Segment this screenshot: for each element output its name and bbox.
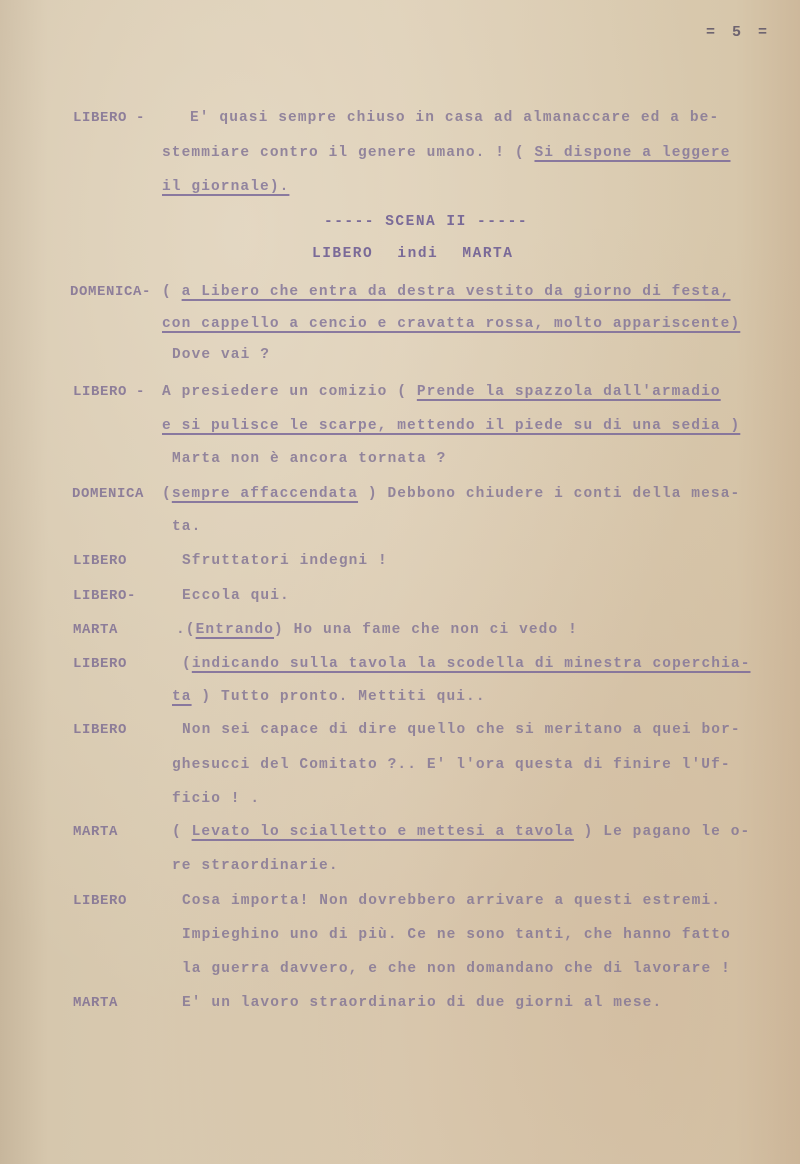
dialogue-text: la guerra davvero, e che non domandano c… [182, 961, 731, 977]
dialogue-text: E' quasi sempre chiuso in casa ad almana… [190, 110, 719, 126]
dialogue-line: (sempre affaccendata ) Debbono chiudere … [162, 486, 740, 502]
dialogue-line: E' un lavoro straordinario di due giorni… [182, 995, 662, 1011]
dialogue-text: ( [162, 284, 182, 300]
stage-direction: e si pulisce le scarpe, mettendo il pied… [162, 418, 740, 434]
dialogue-line: ( Levato lo scialletto e mettesi a tavol… [172, 824, 750, 840]
stage-direction: con cappello a cencio e cravatta rossa, … [162, 316, 740, 332]
speaker-label: LIBERO - [73, 384, 145, 400]
dialogue-text: ) Tutto pronto. Mettiti qui.. [192, 689, 486, 705]
dialogue-text: ) Le pagano le o- [574, 824, 750, 840]
dialogue-text: ficio ! . [172, 791, 260, 807]
dialogue-line: A presiedere un comizio ( Prende la spaz… [162, 384, 721, 400]
dialogue-text: Marta non è ancora tornata ? [172, 451, 446, 467]
dialogue-text: .( [176, 622, 196, 638]
dialogue-line: con cappello a cencio e cravatta rossa, … [162, 316, 740, 332]
dialogue-line: ghesucci del Comitato ?.. E' l'ora quest… [172, 757, 731, 773]
dialogue-line: .(Entrando) Ho una fame che non ci vedo … [176, 622, 578, 638]
stage-direction: indicando sulla tavola la scodella di mi… [192, 656, 751, 672]
stage-direction: sempre affaccendata [172, 486, 358, 502]
dialogue-line: ( a Libero che entra da destra vestito d… [162, 284, 731, 300]
stage-direction: Si dispone a leggere [534, 145, 730, 161]
dialogue-text: ) Ho una fame che non ci vedo ! [274, 622, 578, 638]
dialogue-line: ficio ! . [172, 791, 260, 807]
dialogue-text: ( [182, 656, 192, 672]
stage-direction: Levato lo scialletto e mettesi a tavola [192, 824, 574, 840]
speaker-label: LIBERO - [73, 110, 145, 126]
dialogue-line: la guerra davvero, e che non domandano c… [182, 961, 731, 977]
speaker-label: MARTA [73, 622, 118, 638]
speaker-label: DOMENICA [72, 486, 144, 502]
dialogue-line: Eccola qui. [182, 588, 290, 604]
dialogue-text: ) Debbono chiudere i conti della mesa- [358, 486, 740, 502]
dialogue-line: Marta non è ancora tornata ? [172, 451, 446, 467]
stage-direction: ta [172, 689, 192, 705]
dialogue-text: stemmiare contro il genere umano. ! ( [162, 145, 534, 161]
dialogue-line: Dove vai ? [172, 347, 270, 363]
dialogue-line: (indicando sulla tavola la scodella di m… [182, 656, 751, 672]
dialogue-text: A presiedere un comizio ( [162, 384, 417, 400]
dialogue-line: ta. [172, 519, 201, 535]
dialogue-line: Impieghino uno di più. Ce ne sono tanti,… [182, 927, 731, 943]
speaker-label: MARTA [73, 995, 118, 1011]
dialogue-text: re straordinarie. [172, 858, 339, 874]
dialogue-line: il giornale). [162, 179, 289, 195]
dialogue-line: Cosa importa! Non dovrebbero arrivare a … [182, 893, 721, 909]
speaker-label: LIBERO [73, 553, 127, 569]
dialogue-text: Non sei capace di dire quello che si mer… [182, 722, 741, 738]
speaker-label: DOMENICA- [70, 284, 151, 300]
speaker-label: MARTA [73, 824, 118, 840]
dialogue-text: ghesucci del Comitato ?.. E' l'ora quest… [172, 757, 731, 773]
dialogue-text: Dove vai ? [172, 347, 270, 363]
dialogue-text: Cosa importa! Non dovrebbero arrivare a … [182, 893, 721, 909]
dialogue-text: ( [172, 824, 192, 840]
scene-title: ----- SCENA II ----- [324, 214, 528, 230]
dialogue-line: Non sei capace di dire quello che si mer… [182, 722, 741, 738]
dialogue-text: E' un lavoro straordinario di due giorni… [182, 995, 662, 1011]
stage-direction: a Libero che entra da destra vestito da … [182, 284, 731, 300]
dialogue-text: Sfruttatori indegni ! [182, 553, 388, 569]
dialogue-line: ta ) Tutto pronto. Mettiti qui.. [172, 689, 486, 705]
speaker-label: LIBERO [73, 893, 127, 909]
page-number: = 5 = [706, 24, 771, 41]
dialogue-line: stemmiare contro il genere umano. ! ( Si… [162, 145, 731, 161]
scene-characters: LIBERO indi MARTA [312, 246, 513, 262]
dialogue-text: ( [162, 486, 172, 502]
speaker-label: LIBERO- [73, 588, 136, 604]
dialogue-line: re straordinarie. [172, 858, 339, 874]
document-page: = 5 = LIBERO - E' quasi sempre chiuso in… [0, 0, 800, 1164]
stage-direction: Prende la spazzola dall'armadio [417, 384, 721, 400]
dialogue-line: e si pulisce le scarpe, mettendo il pied… [162, 418, 740, 434]
dialogue-text: ta. [172, 519, 201, 535]
dialogue-text: Eccola qui. [182, 588, 290, 604]
dialogue-text: Impieghino uno di più. Ce ne sono tanti,… [182, 927, 731, 943]
stage-direction: il giornale). [162, 179, 289, 195]
speaker-label: LIBERO [73, 722, 127, 738]
dialogue-line: Sfruttatori indegni ! [182, 553, 388, 569]
stage-direction: Entrando [196, 622, 274, 638]
dialogue-line: E' quasi sempre chiuso in casa ad almana… [190, 110, 719, 126]
speaker-label: LIBERO [73, 656, 127, 672]
